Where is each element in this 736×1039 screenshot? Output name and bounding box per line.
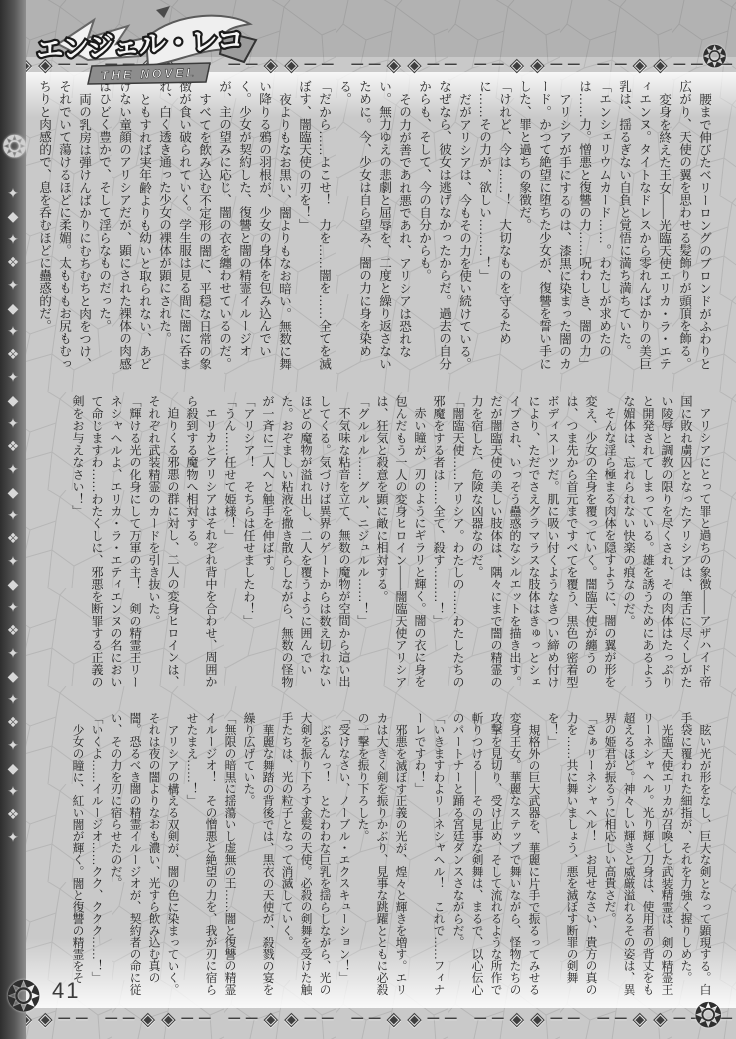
- bottom-left-corner-ornament: ❂: [6, 972, 41, 1021]
- paragraph: アリシアの構える双剣が、闇の色に染まっていく。それは夜の闇よりなおも濃い、光すら…: [106, 712, 182, 998]
- paragraph: 眩い光が形をなし、巨大な剣となって顕現する。白手袋に覆われた細指が、それを力強く…: [676, 712, 714, 998]
- paragraph: 両の乳房は弾けんばかりにむちむちと肉をつけ、それでいて蕩けるほどに柔媚。太ももも…: [36, 80, 94, 378]
- paragraph: アリシアにとって罪と過ちの象徴――アザハイド帝国に敗れ虜囚となったアリシアは、筆…: [619, 395, 714, 698]
- paragraph: 「けれど、今は……！ 大切なものを守るために……その力が、欲しい………！」: [474, 80, 514, 378]
- series-logo: エンジェル・レコ THE NOVEL: [28, 4, 266, 92]
- paragraph: その力が善であれ悪であれ、アリシアは恐れない。無力ゆえの悲劇と屈辱を、二度と繰り…: [334, 80, 414, 378]
- paragraph: アリシアが手にするのは、漆黒に染まった闇のカード。かつて絶望に堕ちた少女が、復讐…: [514, 80, 574, 378]
- paragraph: エリカとアリシアはそれぞれ背中を合わせ、周囲から殺到する魔物へ相対する。: [182, 395, 220, 698]
- paragraph: 光臨天使エリカが召喚した武装精霊は、剣の精霊王リーネシャヘル。光り輝く刀身は、使…: [600, 712, 676, 998]
- logo-title: エンジェル・レコ: [35, 25, 243, 66]
- paragraph: 「いきますわよリーネシャヘル！ これで……フィナーレですわ！」: [410, 712, 448, 998]
- paragraph: 「アリシア！ そちらは任せましたわ！」: [239, 395, 258, 698]
- paragraph: 不気味な粘音を立て、無数の魔物が空間から這い出してくる。気づけば異界のゲートから…: [258, 395, 353, 698]
- paragraph: 「輝ける光の化身にして万軍の主！ 剣の精霊王リーネシャヘルよ、エリカ・ラ・エティ…: [68, 395, 144, 698]
- text-band-middle: アリシアにとって罪と過ちの象徴――アザハイド帝国に敗れ虜囚となったアリシアは、筆…: [36, 395, 714, 698]
- paragraph: ともすれば実年齢よりも幼いと取られない、あどけない童顔のアリシアだが、顕にされた…: [94, 80, 154, 378]
- paragraph: 迫りくる邪悪の群に対し、二人の変身ヒロインは、それぞれ武装精霊のカードを引き抜い…: [144, 395, 182, 698]
- text-band-top: 腰まで伸びたベリーロングのブロンドがふわりと広がり、天使の翼を思わせる髪飾りが頭…: [36, 80, 714, 378]
- paragraph: 「闇臨天使……アリシア。わたしの……わたしたちの邪魔をする者は……全て、殺す………: [429, 395, 467, 698]
- paragraph: だがアリシアは、今もその力を使い続けている。なぜなら、彼女は逃げなかったからだ。…: [414, 80, 474, 378]
- paragraph: 赤い瞳が、刃のようにギラリと輝く。闇の衣に身を包んだもう一人の変身ヒロイン――闇…: [372, 395, 429, 698]
- paragraph: 「受けなさい、ノーブル・エクスキューション！」: [334, 712, 353, 998]
- page-number: 41: [52, 978, 80, 1004]
- paragraph: 「だから……よこせ！ 力を……闇を……全てを滅ぼす、闇臨天使の刃を！」: [294, 80, 334, 378]
- paragraph: 「無限の暗黒に揺蕩いし虚無の王……闇と復讐の精霊イルージオ！ その憎悪と絶望の力…: [182, 712, 239, 998]
- paragraph: 規格外の巨大武器を、華麗に片手で振るってみせる変身王女。華麗なステップで舞いなが…: [448, 712, 543, 998]
- paragraph: 「うん……任せて姫様！」: [220, 395, 239, 698]
- paragraph: 「いくよ……イルージオ……クク、ククク……！」: [87, 712, 106, 998]
- text-band-bottom: 眩い光が形をなし、巨大な剣となって顕現する。白手袋に覆われた細指が、それを力強く…: [36, 712, 714, 998]
- paragraph: 邪悪を滅ぼす正義の光が、煌々と輝きを増す。エリカは大きく剣を振りかぶり、見事な跳…: [353, 712, 410, 998]
- paragraph: すべてを飲み込む不定形の闇に、平穏な日常の象徴が食い破られていく。学生服は見る間…: [154, 80, 214, 378]
- paragraph: そんな淫ら極まる肉体を隠すように、闇の翼が形を変え、少女の全身を覆っていく。闇臨…: [467, 395, 619, 698]
- top-right-corner-ornament: ❂: [702, 40, 727, 75]
- scanned-novel-page: { "logo": { "title": "エンジェル・レコ", "subtit…: [0, 0, 736, 1039]
- bottom-border-chain: ─◈◈── ──◈◈── ──◈◈── ──◈◈── ──◈◈── ──◈◈──…: [0, 1006, 736, 1032]
- bottom-right-corner-ornament: ❂: [694, 996, 723, 1036]
- paragraph: 夜よりもなお黒い、闇よりもなお暗い。無数に舞い降りる鴉の羽根が、少女の身体を包み…: [214, 80, 294, 378]
- paragraph: 華麗な舞踏の背後では、黒衣の天使が、殺戮の宴を繰り広げていた。: [239, 712, 277, 998]
- paragraph: ぶるんっ！ とたわわな巨乳を揺らしながら、光の大剣を振り下ろす金髪の天使。必殺の…: [277, 712, 334, 998]
- paragraph: 「グルルル……グル、ニジュルル……！」: [353, 395, 372, 698]
- left-border-medallion: ❂: [2, 130, 27, 165]
- paragraph: 腰まで伸びたベリーロングのブロンドがふわりと広がり、天使の翼を思わせる髪飾りが頭…: [674, 80, 714, 378]
- paragraph: 「エンシェリウムカード……。わたしが求めたのは……力。憎悪と復讐の力……呪わしき…: [574, 80, 614, 378]
- paragraph: 少女の瞳に、紅い闇が輝く。闇と復讐の精霊をそ: [68, 712, 87, 998]
- paragraph: 変身を終えた王女――光臨天使エリカ・ラ・エティエンヌ。タイトなドレスから零れんば…: [614, 80, 674, 378]
- paragraph: 「さぁリーネシャヘル！ お見せなさい、貴方の真の力を……共に舞いましょう、悪を滅…: [543, 712, 600, 998]
